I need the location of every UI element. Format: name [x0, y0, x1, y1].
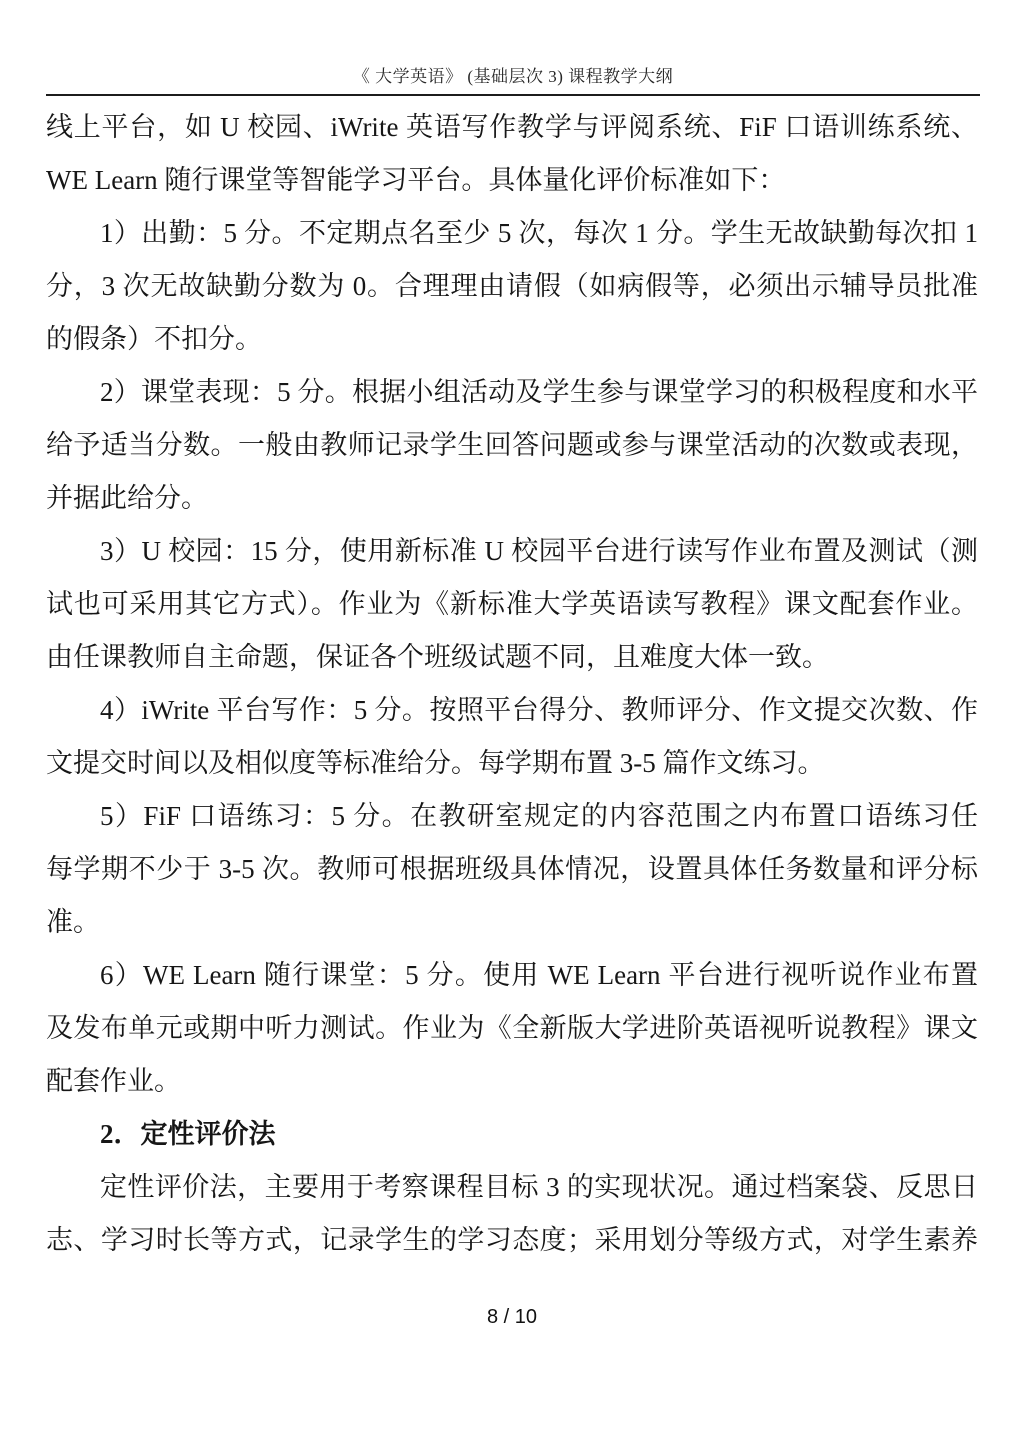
- text-line: 的假条）不扣分。: [46, 313, 978, 366]
- header-title: 《 大学英语》 (基础层次 3) 课程教学大纲: [353, 62, 673, 87]
- paragraph: 2）课堂表现：5 分。根据小组活动及学生参与课堂学习的积极程度和水平给予适当分数…: [46, 366, 978, 525]
- paragraph: 3）U 校园：15 分，使用新标准 U 校园平台进行读写作业布置及测试（测试也可…: [46, 525, 978, 684]
- paragraph: 线上平台，如 U 校园、iWrite 英语写作教学与评阅系统、FiF 口语训练系…: [46, 101, 978, 207]
- paragraph: 4）iWrite 平台写作：5 分。按照平台得分、教师评分、作文提交次数、作文提…: [46, 684, 978, 790]
- text-line: 志、学习时长等方式，记录学生的学习态度；采用划分等级方式，对学生素养: [46, 1214, 978, 1267]
- text-line: 3）U 校园：15 分，使用新标准 U 校园平台进行读写作业布置及测试（测: [46, 525, 978, 578]
- text-line: 及发布单元或期中听力测试。作业为《全新版大学进阶英语视听说教程》课文: [46, 1002, 978, 1055]
- document-body: 线上平台，如 U 校园、iWrite 英语写作教学与评阅系统、FiF 口语训练系…: [46, 101, 978, 1267]
- section-heading: 2．定性评价法: [46, 1108, 978, 1161]
- text-line: 试也可采用其它方式）。作业为《新标准大学英语读写教程》课文配套作业。: [46, 578, 978, 631]
- page-number: 8 / 10: [487, 1306, 537, 1328]
- text-line: 文提交时间以及相似度等标准给分。每学期布置 3-5 篇作文练习。: [46, 737, 978, 790]
- text-line: 分，3 次无故缺勤分数为 0。合理理由请假（如病假等，必须出示辅导员批准: [46, 260, 978, 313]
- paragraph: 6）WE Learn 随行课堂：5 分。使用 WE Learn 平台进行视听说作…: [46, 949, 978, 1108]
- paragraph: 1）出勤：5 分。不定期点名至少 5 次，每次 1 分。学生无故缺勤每次扣 1分…: [46, 207, 978, 366]
- text-line: 定性评价法，主要用于考察课程目标 3 的实现状况。通过档案袋、反思日: [46, 1161, 978, 1214]
- page-header: 《 大学英语》 (基础层次 3) 课程教学大纲: [46, 0, 980, 96]
- text-line: 给予适当分数。一般由教师记录学生回答问题或参与课堂活动的次数或表现，: [46, 419, 978, 472]
- paragraph: 定性评价法，主要用于考察课程目标 3 的实现状况。通过档案袋、反思日志、学习时长…: [46, 1161, 978, 1267]
- paragraph: 5）FiF 口语练习：5 分。在教研室规定的内容范围之内布置口语练习任务，每学期…: [46, 790, 978, 949]
- text-line: 每学期不少于 3-5 次。教师可根据班级具体情况，设置具体任务数量和评分标: [46, 843, 978, 896]
- text-line: 线上平台，如 U 校园、iWrite 英语写作教学与评阅系统、FiF 口语训练系…: [46, 101, 978, 154]
- document-page: 《 大学英语》 (基础层次 3) 课程教学大纲 线上平台，如 U 校园、iWri…: [0, 0, 1024, 1447]
- text-line: 2）课堂表现：5 分。根据小组活动及学生参与课堂学习的积极程度和水平: [46, 366, 978, 419]
- text-line: 配套作业。: [46, 1055, 978, 1108]
- text-line: 准。: [46, 896, 978, 949]
- text-line: 4）iWrite 平台写作：5 分。按照平台得分、教师评分、作文提交次数、作: [46, 684, 978, 737]
- text-line: 1）出勤：5 分。不定期点名至少 5 次，每次 1 分。学生无故缺勤每次扣 1: [46, 207, 978, 260]
- text-line: 并据此给分。: [46, 472, 978, 525]
- page-footer: 8 / 10: [0, 1306, 1024, 1329]
- text-line: 由任课教师自主命题，保证各个班级试题不同，且难度大体一致。: [46, 631, 978, 684]
- text-line: 6）WE Learn 随行课堂：5 分。使用 WE Learn 平台进行视听说作…: [46, 949, 978, 1002]
- text-line: WE Learn 随行课堂等智能学习平台。具体量化评价标准如下：: [46, 154, 978, 207]
- section: 2．定性评价法: [46, 1108, 978, 1161]
- text-line: 5）FiF 口语练习：5 分。在教研室规定的内容范围之内布置口语练习任务，: [46, 790, 978, 843]
